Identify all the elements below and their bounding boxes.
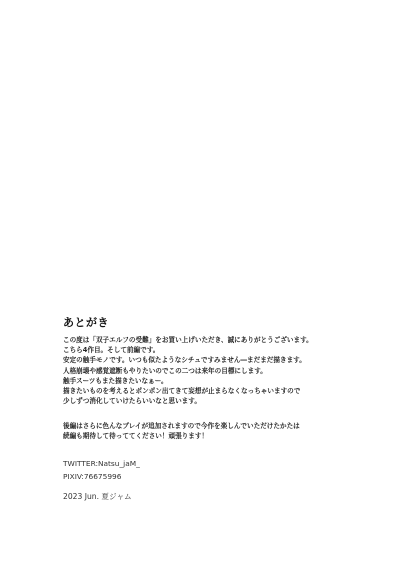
afterword-page: あとがき この度は「双子エルフの受難」をお買い上げいただき、誠にありがとうござい…: [0, 0, 400, 566]
afterword-paragraph-1: この度は「双子エルフの受難」をお買い上げいただき、誠にありがとうございます。 こ…: [63, 335, 313, 406]
text-line: 触手スーツもまた描きたいなぁー。: [63, 376, 313, 386]
date-signature: 2023 Jun. 夏ジャム: [63, 491, 132, 502]
text-line: 後編はさらに色んなプレイが追加されますので今作を楽しんでいただけたかたは: [63, 421, 300, 431]
text-line: 人格崩壊や感覚遮断もやりたいのでこの二つは来年の目標にします。: [63, 366, 313, 376]
text-line: こちら4作目。そして前編です。: [63, 345, 313, 355]
author-credits: TWITTER:Natsu_jaM_ PIXIV:76675996: [63, 457, 140, 483]
text-line: 続編も期待して待っててください！頑張ります！: [63, 431, 300, 441]
text-line: 安定の触手モノです。いつも似たようなシチュですみません―まだまだ描きます。: [63, 355, 313, 365]
text-line: 描きたいものを考えるとポンポン出てきて妄想が止まらなくなっちゃいますので: [63, 386, 313, 396]
text-line: この度は「双子エルフの受難」をお買い上げいただき、誠にありがとうございます。: [63, 335, 313, 345]
afterword-heading: あとがき: [63, 314, 109, 330]
text-line: 少しずつ消化していけたらいいなと思います。: [63, 396, 313, 406]
pixiv-id: PIXIV:76675996: [63, 470, 140, 483]
afterword-paragraph-2: 後編はさらに色んなプレイが追加されますので今作を楽しんでいただけたかたは 続編も…: [63, 421, 300, 441]
twitter-handle: TWITTER:Natsu_jaM_: [63, 457, 140, 470]
